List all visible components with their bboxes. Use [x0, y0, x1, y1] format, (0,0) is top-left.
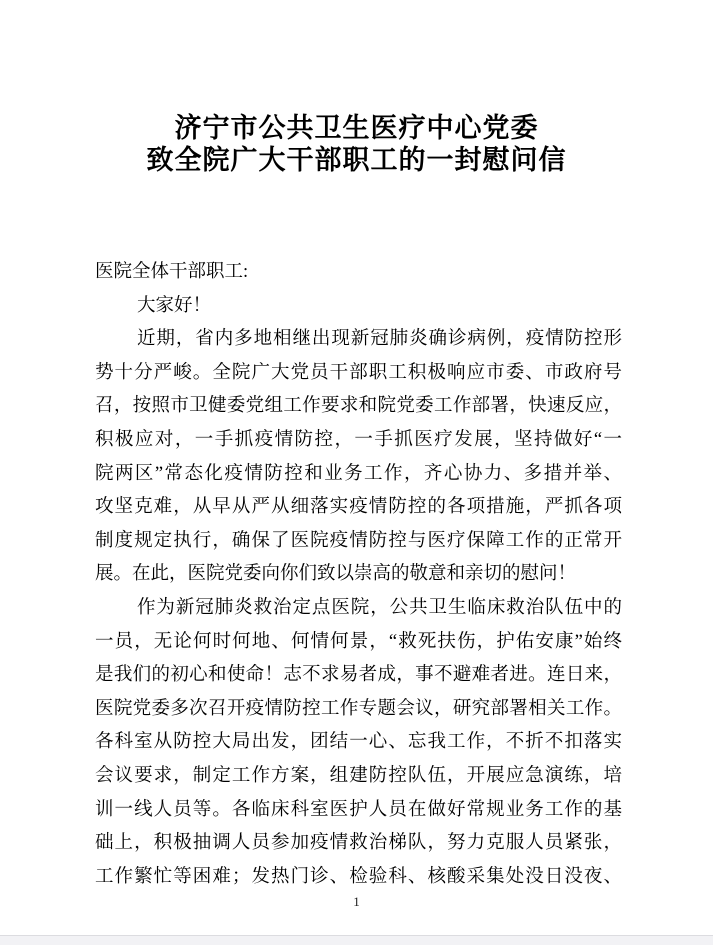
title-line-1: 济宁市公共卫生医疗中心党委	[0, 112, 713, 144]
body-line: 是我们的初心和使命！志不求易者成，事不避难者进。连日来，	[95, 659, 622, 693]
body-line: 召，按照市卫健委党组工作要求和院党委工作部署，快速反应，	[95, 390, 622, 424]
viewer-bottom-bar	[0, 935, 713, 945]
body-line: 积极应对，一手抓疫情防控，一手抓医疗发展，坚持做好“一	[95, 424, 622, 458]
body-line: 医院全体干部职工:	[95, 256, 622, 290]
body-line: 制度规定执行，确保了医院疫情防控与医疗保障工作的正常开	[95, 525, 622, 559]
body-line: 院两区”常态化疫情防控和业务工作，齐心协力、多措并举、	[95, 458, 622, 492]
body-line: 一员，无论何时何地、何情何景，“救死扶伤，护佑安康”始终	[95, 626, 622, 660]
body-line: 础上，积极抽调人员参加疫情救治梯队，努力克服人员紧张，	[95, 827, 622, 861]
body-line: 攻坚克难，从早从严从细落实疫情防控的各项措施，严抓各项	[95, 491, 622, 525]
title-line-2: 致全院广大干部职工的一封慰问信	[0, 144, 713, 176]
body-line: 大家好！	[95, 290, 622, 324]
body-line: 展。在此，医院党委向你们致以崇高的敬意和亲切的慰问！	[95, 558, 622, 592]
body-line: 作为新冠肺炎救治定点医院，公共卫生临床救治队伍中的	[95, 592, 622, 626]
body-line: 势十分严峻。全院广大党员干部职工积极响应市委、市政府号	[95, 357, 622, 391]
body-line: 会议要求，制定工作方案，组建防控队伍，开展应急演练，培	[95, 760, 622, 794]
body-line: 训一线人员等。各临床科室医护人员在做好常规业务工作的基	[95, 794, 622, 828]
body-line: 各科室从防控大局出发，团结一心、忘我工作，不折不扣落实	[95, 726, 622, 760]
document-page: 济宁市公共卫生医疗中心党委 致全院广大干部职工的一封慰问信 医院全体干部职工:大…	[0, 0, 713, 945]
body-line: 工作繁忙等困难；发热门诊、检验科、核酸采集处没日没夜、	[95, 861, 622, 895]
body-line: 近期，省内多地相继出现新冠肺炎确诊病例，疫情防控形	[95, 323, 622, 357]
page-number: 1	[0, 894, 713, 910]
body-line: 医院党委多次召开疫情防控工作专题会议，研究部署相关工作。	[95, 693, 622, 727]
letter-title: 济宁市公共卫生医疗中心党委 致全院广大干部职工的一封慰问信	[0, 112, 713, 176]
letter-body: 医院全体干部职工:大家好！近期，省内多地相继出现新冠肺炎确诊病例，疫情防控形势十…	[95, 256, 622, 894]
